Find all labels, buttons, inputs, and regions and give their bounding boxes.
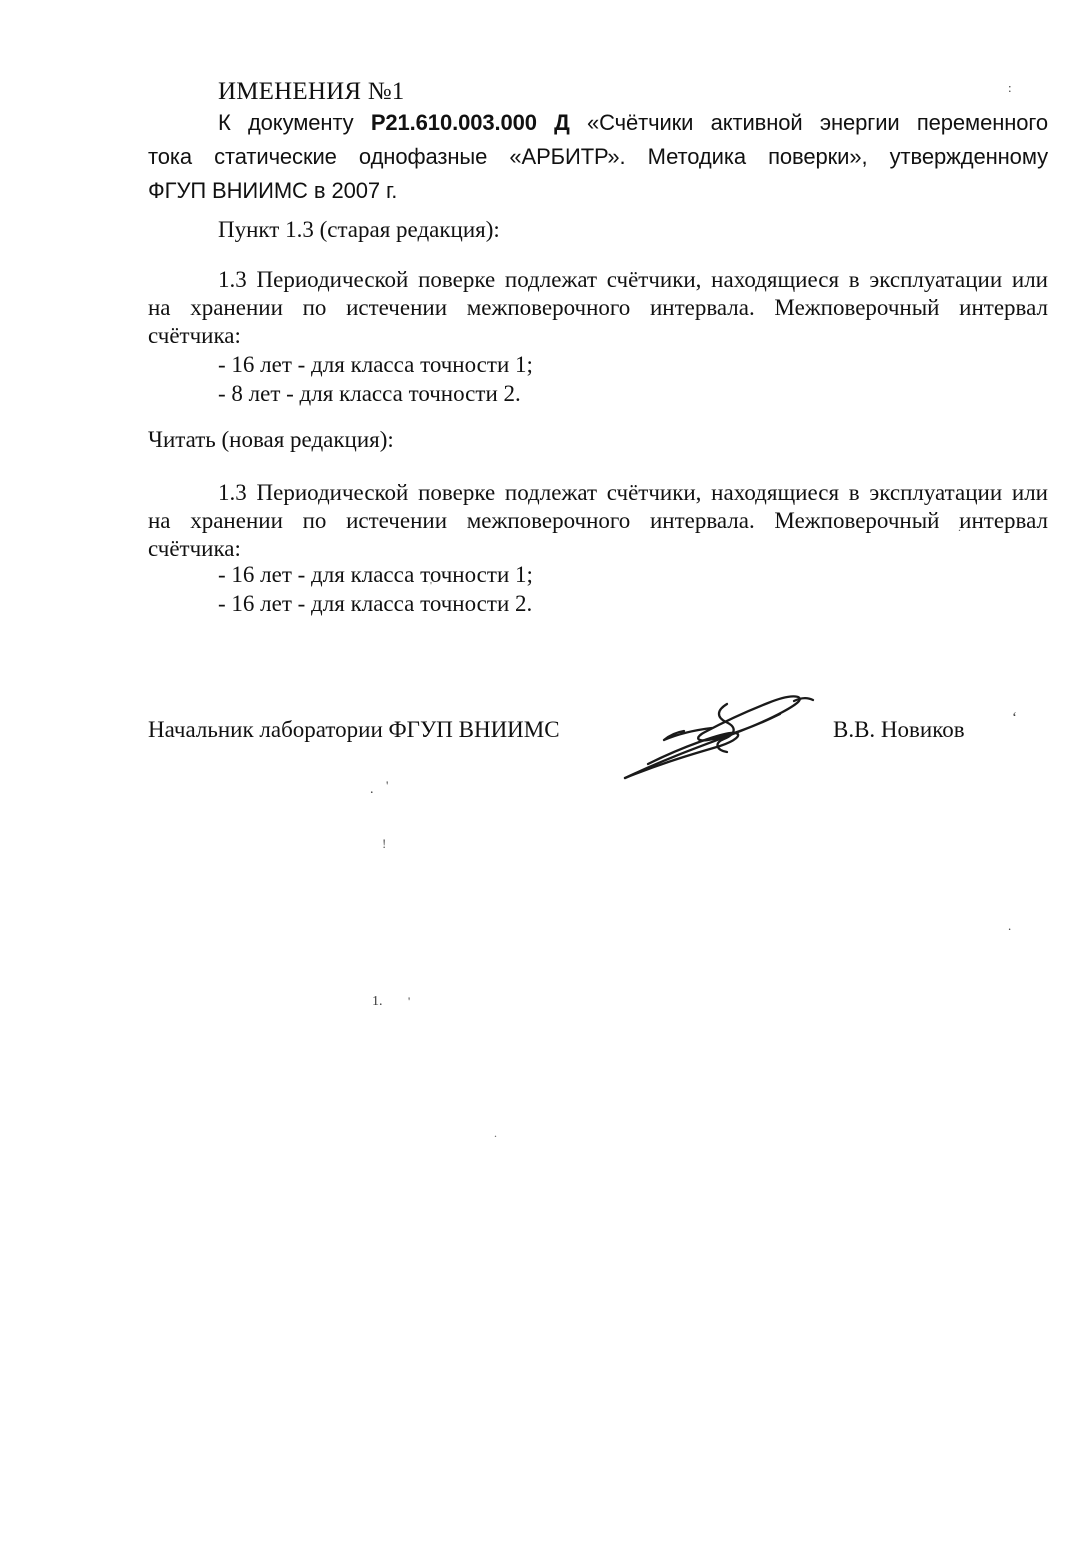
intro-line-3: ФГУП ВНИИМС в 2007 г. — [148, 174, 1048, 208]
scan-artifact: . — [494, 1126, 497, 1141]
intro-line-1: К документу Р21.610.003.000 Д «Счётчики … — [148, 106, 1048, 140]
new-edition-label: Читать (новая редакция): — [148, 426, 394, 454]
signatory-title: Начальник лаборатории ФГУП ВНИИМС — [148, 717, 560, 743]
new-para-line-1: 1.3 Периодической поверке подлежат счётч… — [148, 479, 1048, 507]
old-edition-label: Пункт 1.3 (старая редакция): — [218, 216, 500, 244]
scan-artifact: . — [958, 520, 961, 535]
intro-line1-post: «Счётчики активной энергии переменного — [587, 110, 1048, 135]
signature-stroke-tick — [794, 698, 813, 701]
document-page: ИМЕНЕНИЯ №1 К документу Р21.610.003.000 … — [0, 0, 1086, 1560]
scan-artifact: . — [1008, 918, 1011, 934]
list-item: - 8 лет - для класса точности 2. — [218, 379, 533, 408]
scan-artifact: ' — [408, 994, 410, 1009]
old-para-line-3: счётчика: — [148, 322, 1048, 350]
document-number: Р21.610.003.000 Д — [371, 110, 570, 135]
intro-paragraph: К документу Р21.610.003.000 Д «Счётчики … — [148, 106, 1048, 208]
page-title: ИМЕНЕНИЯ №1 — [218, 78, 404, 106]
new-para-line-2: на хранении по истечении межповерочного … — [148, 507, 1048, 535]
scan-artifact: . — [370, 782, 374, 798]
list-item: - 16 лет - для класса точности 1; — [218, 560, 533, 589]
old-edition-paragraph: 1.3 Периодической поверке подлежат счётч… — [148, 266, 1048, 350]
scan-artifact: ' — [430, 580, 432, 592]
intro-line-2: тока статические однофазные «АРБИТР». Ме… — [148, 140, 1048, 174]
signature-stroke-dash — [664, 728, 712, 740]
old-para-line-1: 1.3 Периодической поверке подлежат счётч… — [148, 266, 1048, 294]
signatory-name: В.В. Новиков — [833, 717, 965, 743]
scan-artifact: ' — [386, 778, 388, 794]
old-para-line-2: на хранении по истечении межповерочного … — [148, 294, 1048, 322]
list-item: - 16 лет - для класса точности 1; — [218, 350, 533, 379]
old-edition-list: - 16 лет - для класса точности 1; - 8 ле… — [218, 350, 533, 408]
new-edition-list: - 16 лет - для класса точности 1; - 16 л… — [218, 560, 533, 618]
scan-artifact: ‘ — [1012, 710, 1017, 727]
new-para-line-3: счётчика: — [148, 535, 1048, 563]
intro-line1-pre: К документу — [218, 110, 354, 135]
signature-flourish — [598, 662, 823, 787]
scan-artifact: : — [1008, 80, 1012, 96]
new-edition-paragraph: 1.3 Периодической поверке подлежат счётч… — [148, 479, 1048, 563]
scan-artifact: ! — [382, 836, 386, 852]
list-item: - 16 лет - для класса точности 2. — [218, 589, 533, 618]
scan-artifact: 1. — [372, 994, 383, 1010]
